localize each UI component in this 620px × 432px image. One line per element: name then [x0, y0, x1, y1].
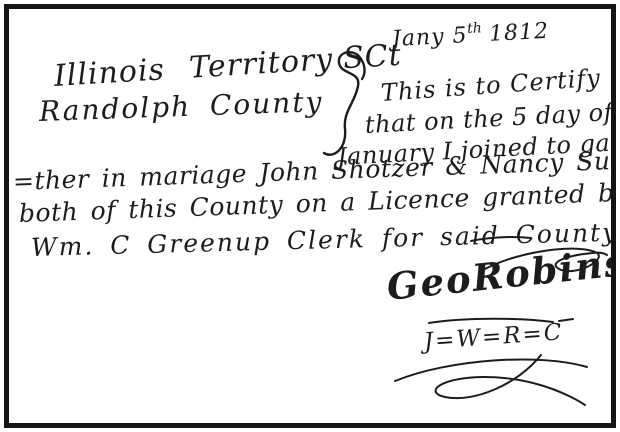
scanned-document: Jany 5th1812 Illinois TerritorySCt Rando…	[0, 0, 620, 432]
document-border: Jany 5th1812 Illinois TerritorySCt Rando…	[4, 4, 616, 428]
date-year: 1812	[488, 19, 549, 47]
date-ordinal: th	[467, 20, 482, 37]
date-prefix: Jany 5	[391, 23, 468, 52]
date-line: Jany 5th1812	[391, 17, 549, 52]
bottom-paraph-flourish	[389, 345, 594, 407]
